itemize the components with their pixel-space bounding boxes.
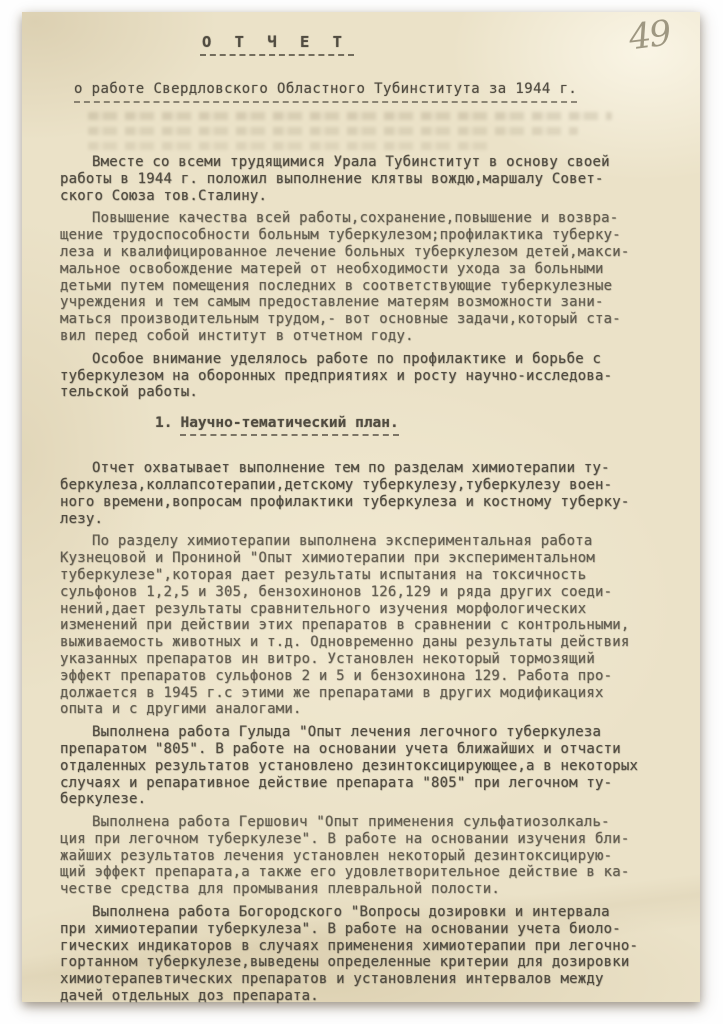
handwritten-page-number: 49 xyxy=(627,14,672,59)
intro-paragraph-oath: Вместе со всеми трудящимися Урала Тубинс… xyxy=(60,154,648,204)
scan-background: 49 О Т Ч Е Т о работе Свердловского Обла… xyxy=(0,0,723,1024)
subtitle-block: о работе Свердловского Областного Тубинс… xyxy=(74,78,577,103)
section-number: 1. xyxy=(155,415,172,431)
section-paragraph-gershovich: Выполнена работа Гершович "Опыт применен… xyxy=(60,814,648,898)
section-paragraph-gulyda: Выполнена работа Гулыда "Опыт лечения ле… xyxy=(60,724,648,808)
bleed-through-ghost-text xyxy=(60,112,648,154)
ghost-text-line xyxy=(88,142,488,150)
document-page: 49 О Т Ч Е Т о работе Свердловского Обла… xyxy=(22,12,700,1002)
title-block: О Т Ч Е Т xyxy=(200,32,354,56)
intro-paragraph-focus: Особое внимание уделялось работе по проф… xyxy=(60,351,648,401)
document-title: О Т Ч Е Т xyxy=(200,33,354,56)
document-subtitle: о работе Свердловского Областного Тубинс… xyxy=(74,81,577,103)
section-paragraph-bogorodsky: Выполнена работа Богородского "Вопросы д… xyxy=(60,904,648,1005)
ghost-text-line xyxy=(88,112,612,120)
section-heading: 1.Научно-тематический план. xyxy=(155,415,648,436)
section-title: Научно-тематический план. xyxy=(180,415,398,436)
intro-paragraph-tasks: Повышение качества всей работы,сохранени… xyxy=(60,210,648,344)
ghost-text-line xyxy=(88,127,578,135)
section-paragraph-kuznetsova-pronina: По разделу химиотерапии выполнена экспер… xyxy=(60,533,648,718)
section-paragraph-overview: Отчет охватывает выполнение тем по разде… xyxy=(60,460,648,527)
